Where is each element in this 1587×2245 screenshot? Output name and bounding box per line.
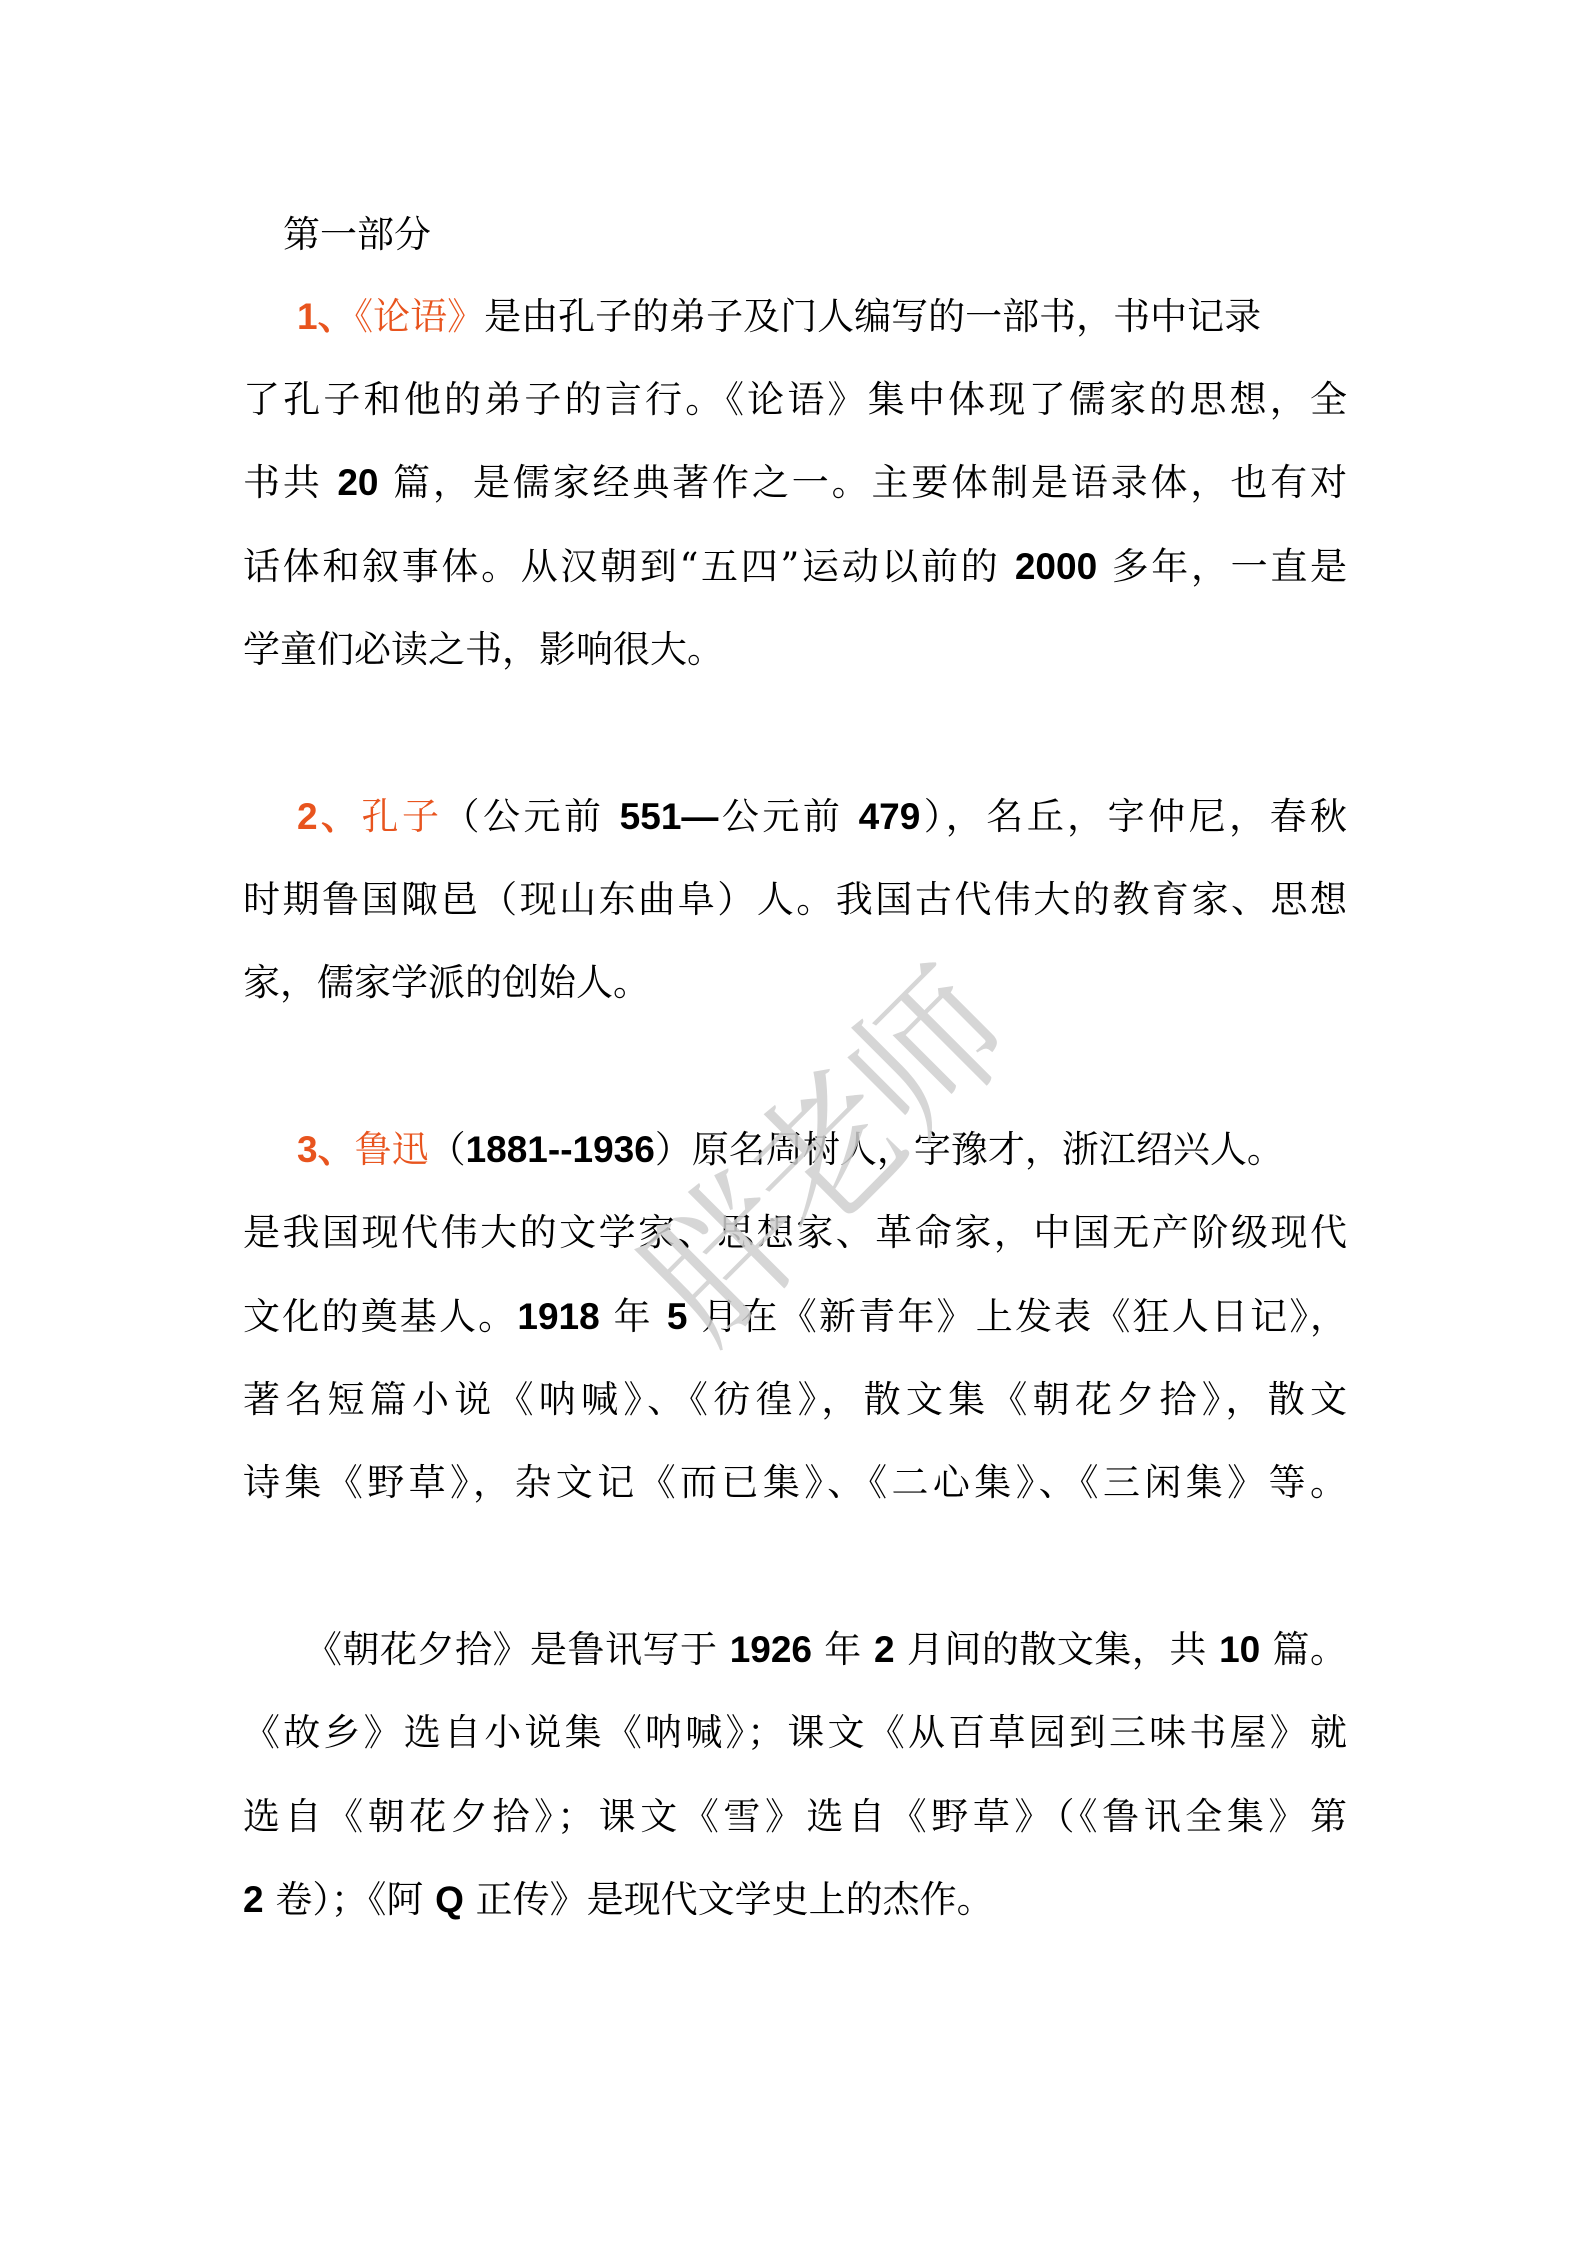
paragraph-4-line-1: 《朝花夕拾》是鲁讯写于 1926 年 2 月间的散文集，共 10 篇。 [243,1608,1347,1692]
paragraph-3-line-3: 文化的奠基人。1918 年 5 月在《新青年》上发表《狂人日记》， [243,1275,1347,1359]
paragraph-1-line-3: 书共 20 篇，是儒家经典著作之一。主要体制是语录体，也有对 [243,441,1347,525]
item-number: 3、 [297,1129,355,1170]
item-number: 1、 [297,296,355,337]
item-title: 《论语》 [355,295,485,338]
paragraph-3-line-4: 著名短篇小说《呐喊》、《彷徨》，散文集《朝花夕拾》，散文 [243,1358,1347,1442]
item-title: 鲁迅 [355,1128,429,1171]
paragraph-4-line-3: 选自《朝花夕拾》；课文《雪》选自《野草》（《鲁讯全集》第 [243,1775,1347,1859]
paragraph-2-line-2: 时期鲁国陬邑（现山东曲阜）人。我国古代伟大的教育家、思想 [243,858,1347,942]
paragraph-1-line-1: 1、《论语》是由孔子的弟子及门人编写的一部书，书中记录 [243,275,1347,359]
paragraph-3-line-2: 是我国现代伟大的文学家、思想家、革命家，中国无产阶级现代 [243,1191,1347,1275]
item-title: 孔子 [362,795,443,838]
paragraph-2-line-3: 家，儒家学派的创始人。 [243,941,1347,1025]
document-page: 第一部分 1、《论语》是由孔子的弟子及门人编写的一部书，书中记录 了孔子和他的弟… [0,0,1587,2245]
paragraph-3-line-1: 3、鲁迅（1881--1936）原名周树人，字豫才，浙江绍兴人。 [243,1108,1347,1192]
paragraph-1-line-2: 了孔子和他的弟子的言行。《论语》集中体现了儒家的思想，全 [243,358,1347,442]
paragraph-2-line-1: 2、孔子（公元前 551—公元前 479），名丘，字仲尼，春秋 [243,775,1347,859]
paragraph-1-line-4: 话体和叙事体。从汉朝到“五四”运动以前的 2000 多年，一直是 [243,525,1347,609]
paragraph-4-line-4: 2 卷）；《阿 Q 正传》是现代文学史上的杰作。 [243,1858,1347,1942]
item-number: 2、 [297,796,362,837]
paragraph-3-line-5: 诗集《野草》，杂文记《而已集》、《二心集》、《三闲集》等。 [243,1441,1347,1525]
section-heading: 第一部分 [283,193,431,277]
paragraph-1-line-5: 学童们必读之书，影响很大。 [243,608,1347,692]
paragraph-4-line-2: 《故乡》选自小说集《呐喊》；课文《从百草园到三味书屋》就 [243,1691,1347,1775]
